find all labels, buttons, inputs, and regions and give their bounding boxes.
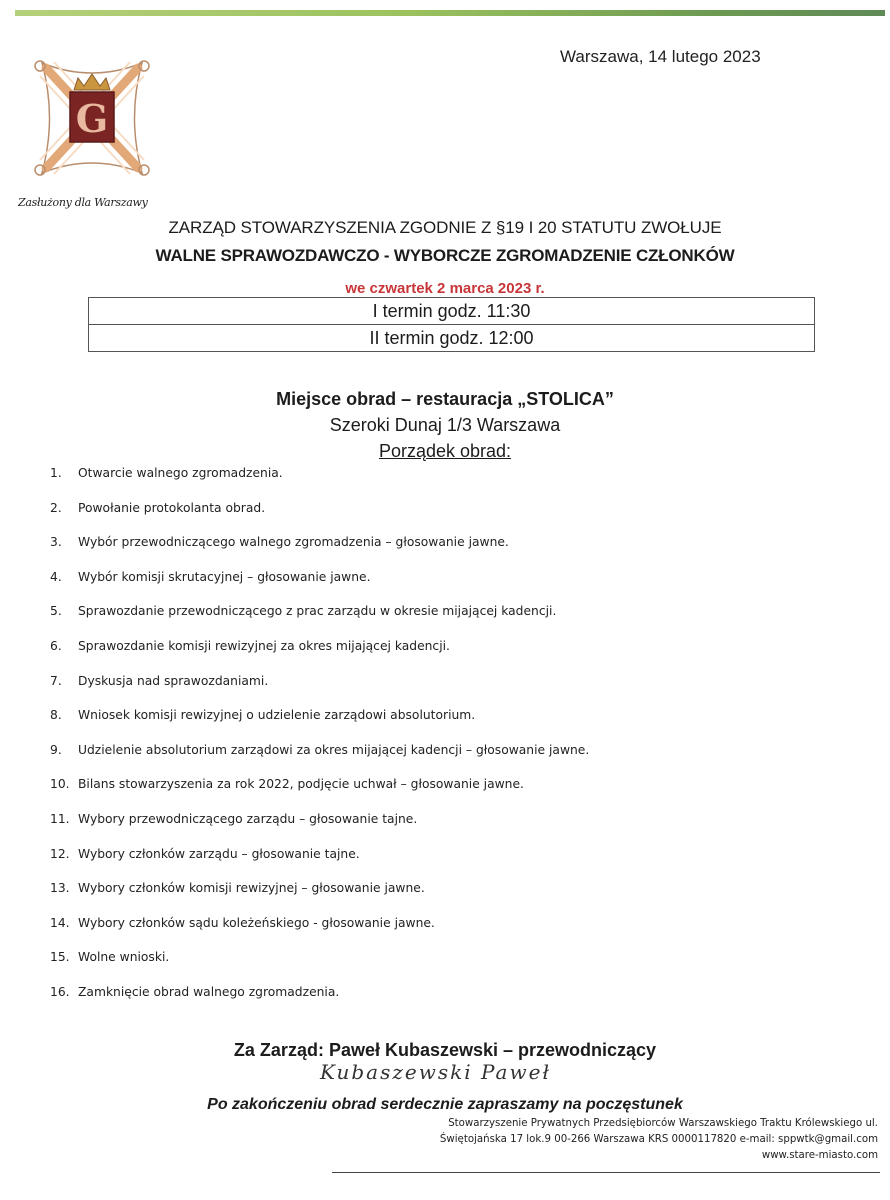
meeting-terms-table: I termin godz. 11:30 II termin godz. 12:… — [88, 297, 815, 352]
footer-divider — [332, 1172, 880, 1173]
agenda-item-number: 13. — [50, 881, 78, 916]
agenda-item-number: 9. — [50, 743, 78, 778]
agenda-item: 7.Dyskusja nad sprawozdaniami. — [50, 674, 589, 709]
meeting-date: we czwartek 2 marca 2023 r. — [0, 280, 890, 297]
agenda-item: 12.Wybory członków zarządu – głosowanie … — [50, 847, 589, 882]
agenda-item: 2.Powołanie protokolanta obrad. — [50, 501, 589, 536]
agenda-item-text: Wybory członków zarządu – głosowanie taj… — [78, 847, 360, 882]
agenda-title: Porządek obrad: — [0, 441, 890, 462]
agenda-item-text: Wniosek komisji rewizyjnej o udzielenie … — [78, 708, 475, 743]
agenda-item: 10.Bilans stowarzyszenia za rok 2022, po… — [50, 777, 589, 812]
agenda-item-number: 4. — [50, 570, 78, 605]
agenda-item: 1.Otwarcie walnego zgromadzenia. — [50, 466, 589, 501]
agenda-item: 4.Wybór komisji skrutacyjnej – głosowani… — [50, 570, 589, 605]
document-date: Warszawa, 14 lutego 2023 — [560, 47, 761, 67]
crest-cross-emblem-icon: G — [22, 48, 162, 188]
agenda-item-number: 16. — [50, 985, 78, 1020]
agenda-item-number: 1. — [50, 466, 78, 501]
agenda-list: 1.Otwarcie walnego zgromadzenia.2.Powoła… — [50, 466, 589, 1020]
venue-address: Szeroki Dunaj 1/3 Warszawa — [0, 415, 890, 436]
agenda-item-number: 14. — [50, 916, 78, 951]
organization-footer: Stowarzyszenie Prywatnych Przedsiębiorcó… — [440, 1116, 878, 1164]
agenda-item-text: Otwarcie walnego zgromadzenia. — [78, 466, 283, 501]
handwritten-signature: Kubaszewski Paweł — [320, 1060, 551, 1084]
agenda-item-number: 7. — [50, 674, 78, 709]
agenda-item-text: Dyskusja nad sprawozdaniami. — [78, 674, 268, 709]
announcement-line-1: ZARZĄD STOWARZYSZENIA ZGODNIE Z §19 I 20… — [0, 218, 890, 238]
agenda-item: 6.Sprawozdanie komisji rewizyjnej za okr… — [50, 639, 589, 674]
agenda-item-text: Zamknięcie obrad walnego zgromadzenia. — [78, 985, 339, 1020]
agenda-item-number: 10. — [50, 777, 78, 812]
agenda-item: 16.Zamknięcie obrad walnego zgromadzenia… — [50, 985, 589, 1020]
agenda-item-text: Wybory członków komisji rewizyjnej – gło… — [78, 881, 425, 916]
invitation-note: Po zakończeniu obrad serdecznie zaprasza… — [0, 1096, 890, 1114]
agenda-item-number: 5. — [50, 604, 78, 639]
agenda-item: 15.Wolne wnioski. — [50, 950, 589, 985]
agenda-item: 14.Wybory członków sądu koleżeńskiego - … — [50, 916, 589, 951]
footer-website-link[interactable]: www.stare-miasto.com — [440, 1148, 878, 1164]
agenda-item: 11.Wybory przewodniczącego zarządu – gło… — [50, 812, 589, 847]
agenda-item-number: 11. — [50, 812, 78, 847]
agenda-item-number: 3. — [50, 535, 78, 570]
agenda-item: 5.Sprawozdanie przewodniczącego z prac z… — [50, 604, 589, 639]
agenda-item-number: 15. — [50, 950, 78, 985]
agenda-item-number: 6. — [50, 639, 78, 674]
term-second: II termin godz. 12:00 — [89, 325, 815, 352]
agenda-item-text: Wybory przewodniczącego zarządu – głosow… — [78, 812, 417, 847]
agenda-item-text: Wybory członków sądu koleżeńskiego - gło… — [78, 916, 435, 951]
agenda-item-text: Wolne wnioski. — [78, 950, 169, 985]
agenda-item-text: Wybór przewodniczącego walnego zgromadze… — [78, 535, 509, 570]
agenda-item-text: Bilans stowarzyszenia za rok 2022, podję… — [78, 777, 524, 812]
agenda-item: 3.Wybór przewodniczącego walnego zgromad… — [50, 535, 589, 570]
agenda-item-text: Sprawozdanie przewodniczącego z prac zar… — [78, 604, 556, 639]
agenda-item-text: Sprawozdanie komisji rewizyjnej za okres… — [78, 639, 450, 674]
agenda-item: 13.Wybory członków komisji rewizyjnej – … — [50, 881, 589, 916]
agenda-item: 9.Udzielenie absolutorium zarządowi za o… — [50, 743, 589, 778]
agenda-item: 8.Wniosek komisji rewizyjnej o udzieleni… — [50, 708, 589, 743]
announcement-title: WALNE SPRAWOZDAWCZO - WYBORCZE ZGROMADZE… — [0, 246, 890, 266]
svg-text:G: G — [76, 96, 108, 141]
agenda-item-number: 8. — [50, 708, 78, 743]
motto-handwritten: Zasłużony dla Warszawy — [18, 196, 148, 209]
agenda-item-text: Powołanie protokolanta obrad. — [78, 501, 265, 536]
agenda-item-text: Wybór komisji skrutacyjnej – głosowanie … — [78, 570, 371, 605]
agenda-item-text: Udzielenie absolutorium zarządowi za okr… — [78, 743, 589, 778]
signatory: Za Zarząd: Paweł Kubaszewski – przewodni… — [0, 1040, 890, 1061]
footer-line-2: Świętojańska 17 lok.9 00-266 Warszawa KR… — [440, 1132, 878, 1148]
header-accent-bar — [15, 10, 885, 16]
term-first: I termin godz. 11:30 — [89, 298, 815, 325]
footer-line-1: Stowarzyszenie Prywatnych Przedsiębiorcó… — [440, 1116, 878, 1132]
venue-name: Miejsce obrad – restauracja „STOLICA” — [0, 389, 890, 410]
agenda-item-number: 12. — [50, 847, 78, 882]
agenda-item-number: 2. — [50, 501, 78, 536]
